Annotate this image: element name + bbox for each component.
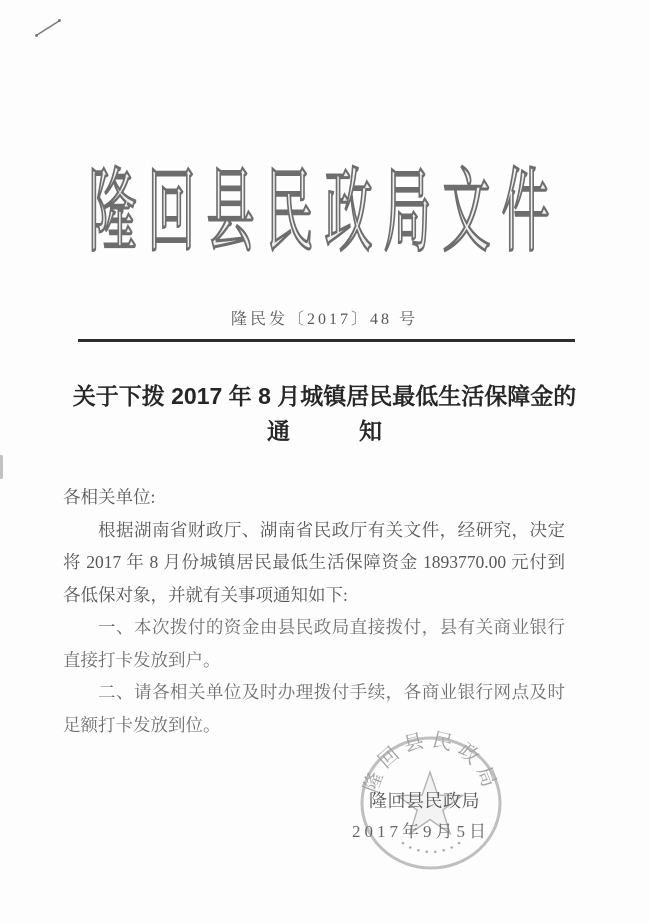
scan-edge-artifact xyxy=(0,455,3,479)
letterhead-divider-line xyxy=(78,339,575,342)
document-title: 关于下拨 2017 年 8 月城镇居民最低生活保障金的 通 知 xyxy=(0,379,649,449)
document-title-line1: 关于下拨 2017 年 8 月城镇居民最低生活保障金的 xyxy=(0,379,649,414)
signature-agency: 隆回县民政局 xyxy=(369,787,480,813)
document-body: 各相关单位: 根据湖南省财政厅、湖南省民政厅有关文件，经研究，决定将 2017 … xyxy=(63,481,565,741)
pen-stroke-mark xyxy=(32,14,66,42)
doc-number: 隆民发〔2017〕48 号 xyxy=(0,306,649,329)
letterhead-agency-title: 隆回县民政局文件 xyxy=(0,169,649,260)
signature-date: 2017年9月5日 xyxy=(352,817,490,842)
paragraph-item-1: 一、本次拨付的资金由县民政局直接拨付，县有关商业银行直接打卡发放到户。 xyxy=(63,611,565,676)
scanned-document-page: 隆回县民政局文件 隆民发〔2017〕48 号 关于下拨 2017 年 8 月城镇… xyxy=(0,0,649,923)
salutation: 各相关单位: xyxy=(63,481,565,514)
paragraph-intro: 根据湖南省财政厅、湖南省民政厅有关文件，经研究，决定将 2017 年 8 月份城… xyxy=(63,514,565,612)
seal-microtext-dots xyxy=(402,842,461,853)
document-title-line2: 通 知 xyxy=(0,414,649,449)
